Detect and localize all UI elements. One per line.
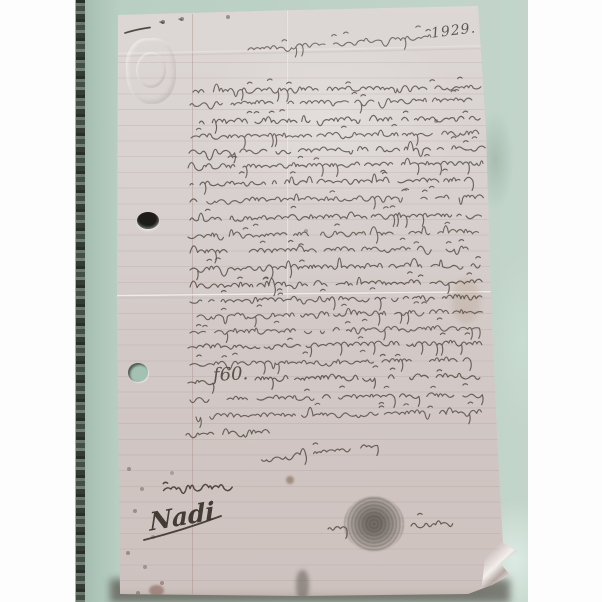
embossed-seal-inner bbox=[136, 52, 166, 88]
amount-text: f60. bbox=[213, 365, 249, 385]
tile-grout-line bbox=[76, 0, 85, 602]
stain-dot bbox=[286, 476, 294, 484]
ink-fingerprint-smudge bbox=[344, 496, 404, 552]
date-year-text: 1929. bbox=[430, 21, 476, 40]
punch-hole-top bbox=[137, 212, 159, 229]
vertical-fold-crease bbox=[286, 8, 289, 318]
stain-right-edge bbox=[452, 278, 480, 324]
bottom-smudge bbox=[296, 570, 309, 600]
punch-hole-bottom bbox=[128, 363, 148, 382]
foxing-speckles bbox=[0, 0, 2, 2]
photo-of-letter: 1929. f60. Nadi bbox=[0, 0, 602, 602]
